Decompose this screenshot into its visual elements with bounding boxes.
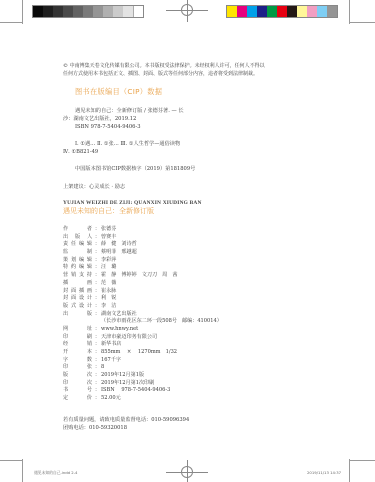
credit-row: 开 本：855mm × 1270mm 1/32 [63,349,222,357]
credit-row: 版 次：2019年12月第1版 [63,372,222,380]
credit-value: 张德芬 [101,226,116,234]
credit-value: 李 洁 [101,303,116,311]
credit-value: 2019年12月第1版 [101,372,144,380]
credit-row: 作 者：张德芬 [63,226,222,234]
credit-row: 封面设计：利 锐 [63,295,222,303]
credit-label: 营销支持： [63,272,101,280]
color-swatch [297,6,307,17]
color-swatch [123,6,133,17]
credit-row: 定 价：52.00元 [63,395,222,403]
copyright-line-2: 任何方式使用本书包括正文、插图、封面、版式等任何部分内容，违者将受到法律制裁。 [63,71,258,78]
credit-label: 印 张： [63,364,101,372]
credit-value: 52.00元 [101,395,121,403]
credit-row: 监 制：蔡明菲 邢越超 [63,249,222,257]
credit-label [63,318,101,326]
shelf-suggestion: 上架建议：心灵成长 · 励志 [63,184,125,191]
grayscale-calibration-bar [32,5,144,18]
cip-isbn: ISBN 978-7-5404-9406-3 [75,124,141,131]
credit-row: 印 张：8 [63,364,222,372]
quality-notice: 若有质量问题，请致电质量监督电话：010-59096394 [63,417,189,424]
crop-mark-top-left-horizontal [0,22,22,23]
color-swatch [277,6,287,17]
credit-label: 网 址： [63,326,101,334]
credit-label: 版式设计： [63,303,101,311]
publication-credits: 作 者：张德芬出 版 人：曾赛丰责任编辑：薛 健 刘诗哲监 制：蔡明菲 邢越超策… [63,226,222,403]
credit-row: 版式设计：李 洁 [63,303,222,311]
credit-row: 网 址：www.hnwy.net [63,326,222,334]
color-swatch [327,6,337,17]
color-swatch [93,6,103,17]
credit-label: 书 号： [63,387,101,395]
credit-label: 出 版： [63,311,101,319]
color-swatch [63,6,73,17]
crop-mark-bottom-right-horizontal [349,460,375,461]
registration-mark-bottom-circle [181,466,193,478]
credit-label: 定 价： [63,395,101,403]
crop-mark-bottom-left-horizontal [0,460,22,461]
cip-class-line-2: Ⅳ. ①B821-49 [63,149,98,156]
credit-value: 新华书店 [101,341,121,349]
color-swatch [317,6,327,17]
credit-label: 作 者： [63,226,101,234]
credit-value: 蔡明菲 邢越超 [101,249,137,257]
credit-label: 监 制： [63,249,101,257]
color-swatch [287,6,297,17]
cip-title: 图书在版编目（CIP）数据 [75,88,162,95]
crop-mark-top-right-vertical [349,0,350,24]
color-swatch [247,6,257,17]
book-title: 遇见未知的自己：全新修订版 [63,208,154,215]
color-swatch [267,6,277,17]
credit-value: 汪 璐 [101,264,116,272]
color-swatch [307,6,317,17]
credit-row: 特约编辑：汪 璐 [63,264,222,272]
credit-row: （长沙市雨花区东二环一段508号 邮编：410014） [63,318,222,326]
cip-entry-line-2: 沙：湖南文艺出版社，2019.12 [63,116,136,123]
cip-class-line-1: Ⅰ. ①遇… Ⅱ. ①张… Ⅲ. ①人生哲学—通俗读物 [75,141,180,148]
credit-value: 范 薇 [101,280,116,288]
credit-row: 书 号：ISBN 978-7-5404-9406-3 [63,387,222,395]
credit-value: ISBN 978-7-5404-9406-3 [101,387,170,395]
color-swatch [103,6,113,17]
credit-row: 插 画：范 薇 [63,280,222,288]
color-swatch [133,6,143,17]
crop-mark-top-left-vertical [22,0,23,24]
credit-value: 8 [101,364,104,372]
credit-value: 167千字 [101,357,121,365]
footer-timestamp: 2019/11/13 14:37 [307,470,341,475]
credit-label: 特约编辑： [63,264,101,272]
copyright-line-1: © 中南博集天卷文化传媒有限公司。本书版权受法律保护。未经权利人许可，任何人不得… [63,63,265,70]
credit-value: （长沙市雨花区东二环一段508号 邮编：410014） [101,318,222,326]
color-calibration-bar [226,5,338,18]
color-swatch [33,6,43,17]
credit-value: 霍 静 傅婷婷 文刀刀 周 茜 [101,272,177,280]
pinyin-title: YUJIAN WEIZHI DE ZIJI: QUANXIN XIUDING B… [63,200,202,207]
group-purchase-phone: 团购电话：010-59320018 [63,425,127,432]
color-swatch [43,6,53,17]
credit-label: 开 本： [63,349,101,357]
color-swatch [237,6,247,17]
cip-entry-line-1: 遇见未知的自己：全新修订版 / 张德芬著. — 长 [75,108,184,115]
crop-mark-bottom-right-vertical [349,459,350,482]
cip-record-number: 中国版本图书馆CIP数据核字（2019）第181809号 [75,166,195,173]
credit-label: 封面设计： [63,295,101,303]
color-swatch [257,6,267,17]
credit-value: 2019年12月第1次印刷 [101,380,154,388]
color-swatch [73,6,83,17]
credit-row: 经 销：新华书店 [63,341,222,349]
credit-value: 薛 健 刘诗哲 [101,241,137,249]
credit-row: 营销支持：霍 静 傅婷婷 文刀刀 周 茜 [63,272,222,280]
credit-value: www.hnwy.net [101,326,138,334]
credit-value: 利 锐 [101,295,116,303]
crop-mark-bottom-left-vertical [22,459,23,482]
credit-label: 插 画： [63,280,101,288]
color-swatch [227,6,237,17]
credit-label: 责任编辑： [63,241,101,249]
credit-label: 经 销： [63,341,101,349]
credit-value: 855mm × 1270mm 1/32 [101,349,177,357]
color-swatch [83,6,93,17]
color-swatch [113,6,123,17]
footer-file-name: 遇见未知的自己.indd 2-4 [34,470,77,476]
credit-row: 责任编辑：薛 健 刘诗哲 [63,241,222,249]
crop-mark-top-right-horizontal [349,22,375,23]
color-swatch [53,6,63,17]
credit-label: 版 次： [63,372,101,380]
registration-mark-top-circle [181,4,193,16]
